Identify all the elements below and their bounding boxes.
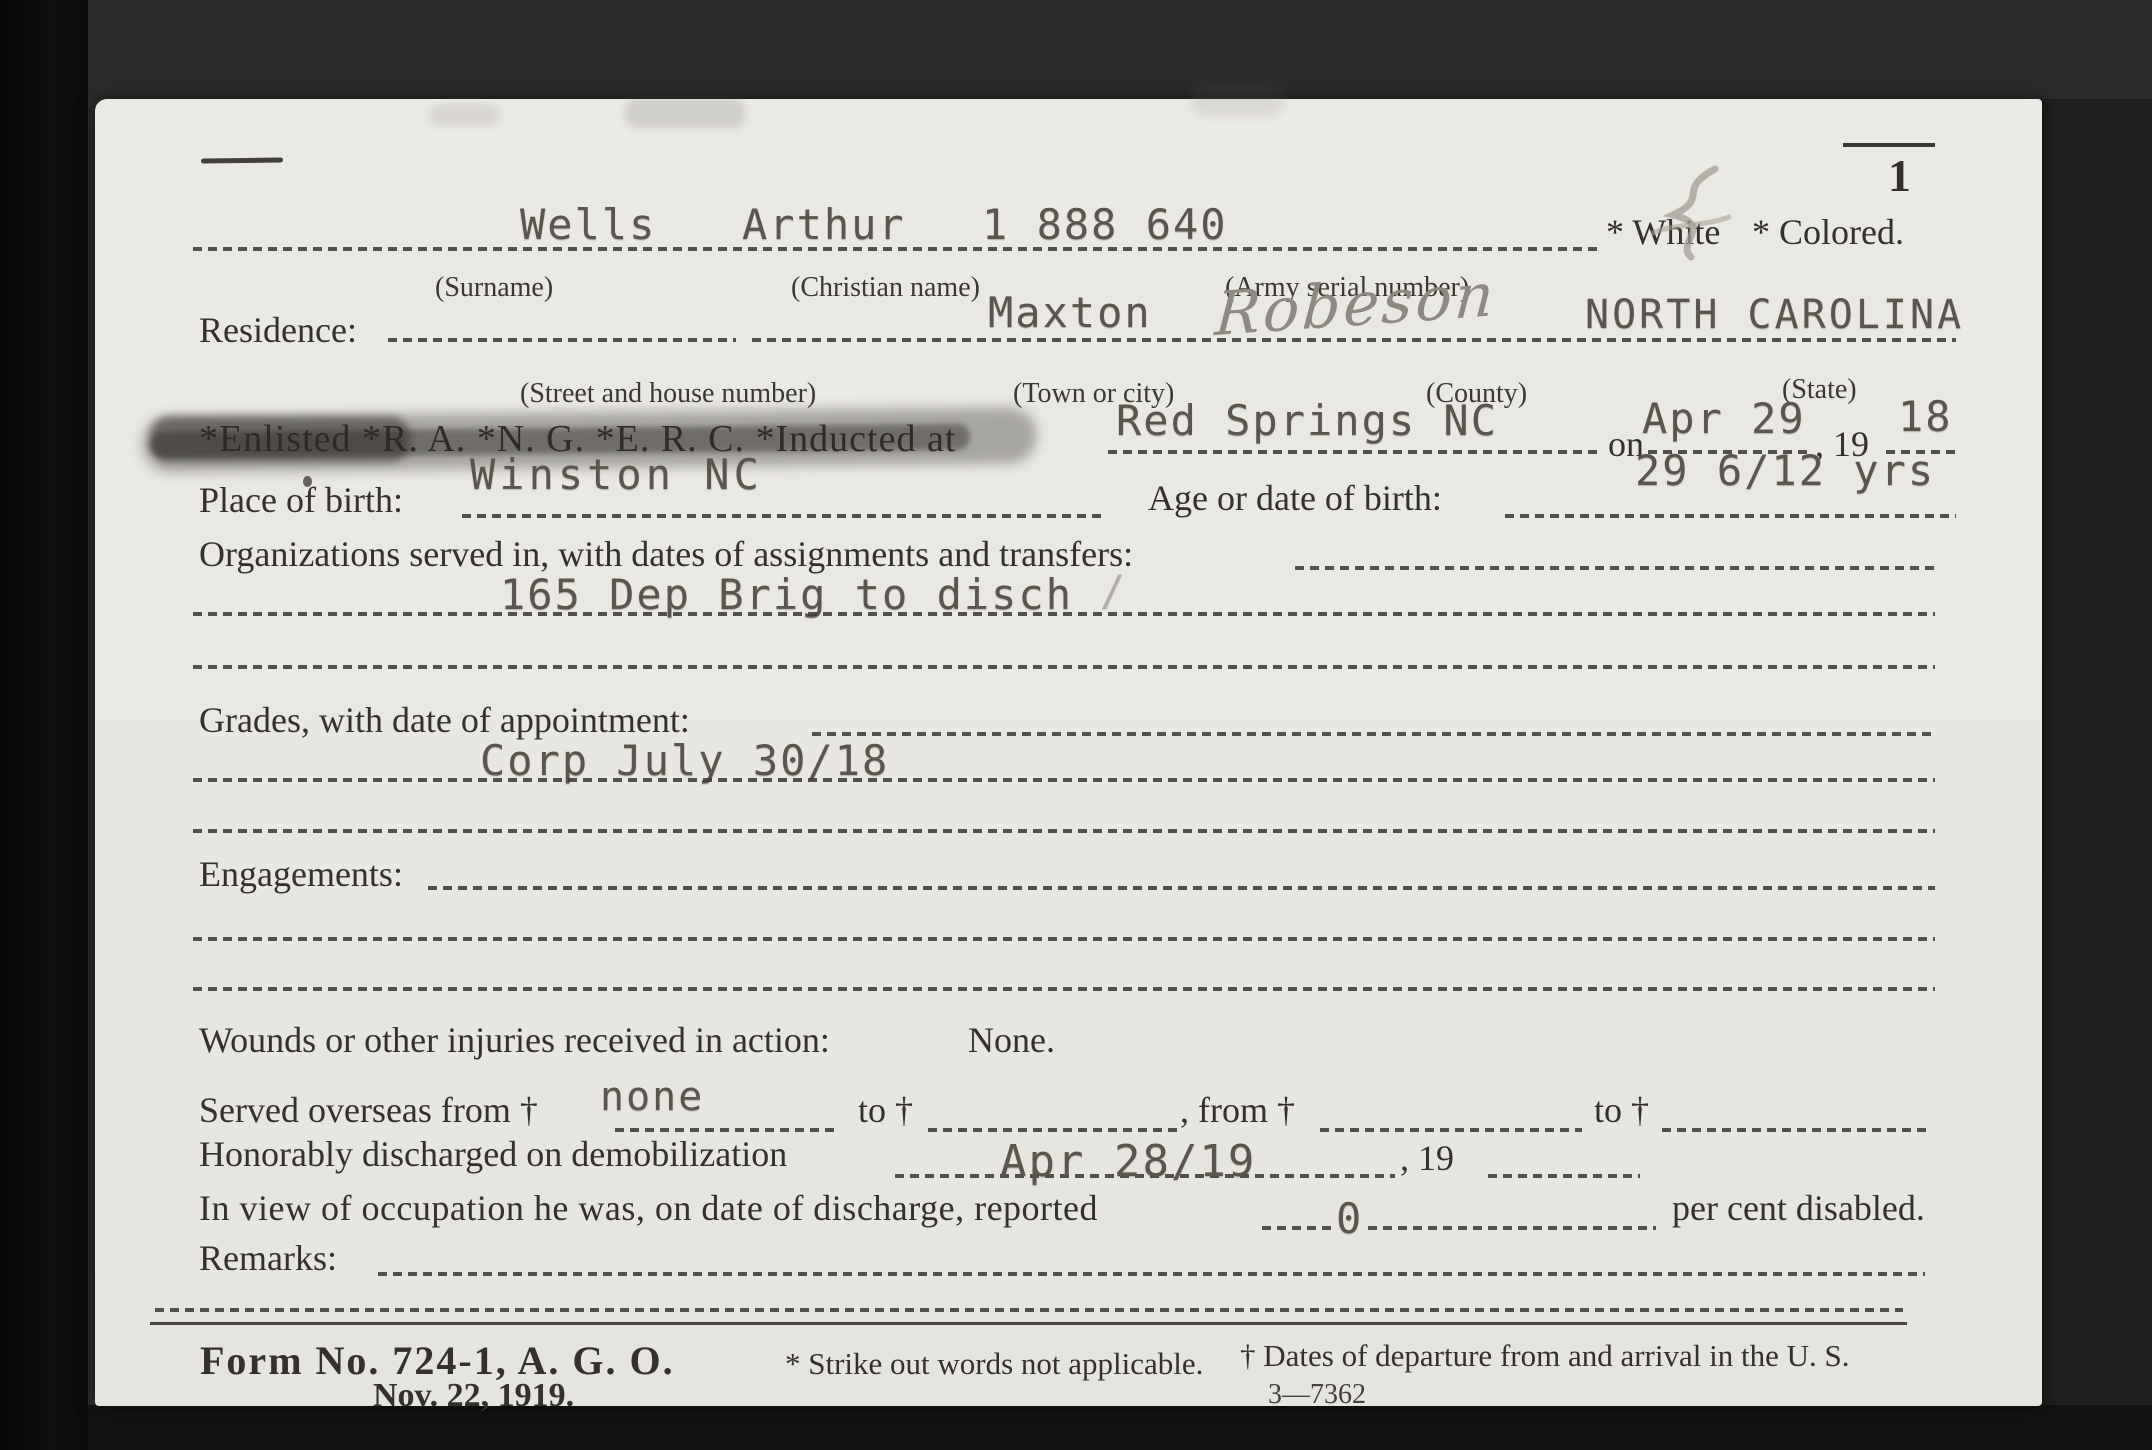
discharge-year-prefix: , 19 [1400, 1140, 1454, 1178]
grades-rule-2 [193, 829, 1935, 833]
race-option-colored: * Colored. [1752, 214, 1904, 252]
overseas-label: Served overseas from † [199, 1092, 538, 1130]
overseas-rule-4 [1662, 1128, 1932, 1132]
discharge-label: Honorably discharged on demobilization [199, 1136, 787, 1174]
overseas-to1-label: to † [858, 1092, 913, 1130]
discharge-date-value: Apr 28/19 [1000, 1136, 1256, 1187]
pencil-check-mark [1645, 163, 1737, 267]
organizations-stray-slash: / [1100, 566, 1127, 615]
grades-rule-1 [193, 778, 1935, 782]
place-of-birth-value: Winston NC [470, 450, 763, 499]
inducted-place-value: Red Springs NC [1116, 396, 1498, 445]
disability-percent-value: 0 [1336, 1194, 1363, 1243]
name-rule [193, 247, 1600, 251]
grades-label: Grades, with date of appointment: [199, 702, 690, 740]
remarks-rule [378, 1272, 1925, 1276]
remarks-label: Remarks: [199, 1240, 337, 1278]
footer-print-code: 3—7362 [1268, 1380, 1366, 1409]
age-value: 29 6/12 yrs [1635, 446, 1935, 495]
grades-rule-0 [812, 732, 1935, 736]
wounds-label: Wounds or other injuries received in act… [199, 1022, 830, 1060]
wounds-value: None. [968, 1022, 1055, 1060]
disability-rule-2 [1368, 1226, 1656, 1230]
scanned-page: 1 Wells Arthur 1 888 640 * White * Color… [0, 0, 2152, 1450]
age-label: Age or date of birth: [1148, 480, 1442, 518]
disability-rule-1 [1262, 1226, 1334, 1230]
residence-rule-b [752, 338, 1956, 342]
footer-form-number: Form No. 724-1, A. G. O. [200, 1340, 675, 1382]
engagements-label: Engagements: [199, 856, 403, 894]
overseas-to2-label: to † [1594, 1092, 1649, 1130]
street-label: (Street and house number) [520, 378, 816, 410]
footer-dagger-note: † Dates of departure from and arrival in… [1240, 1340, 1849, 1373]
organizations-rule-1 [193, 612, 1935, 616]
footer-strike-note: * Strike out words not applicable. [785, 1348, 1203, 1381]
organizations-label: Organizations served in, with dates of a… [199, 536, 1133, 574]
backdrop-right-band [2042, 99, 2152, 1450]
christian-name-label: (Christian name) [791, 272, 980, 304]
engagements-rule-2 [193, 987, 1935, 991]
overseas-rule-1 [615, 1128, 840, 1132]
smudge-top-3 [1190, 84, 1285, 116]
smudge-top-2 [625, 98, 745, 128]
disability-suffix: per cent disabled. [1672, 1190, 1925, 1228]
army-serial-value: 1 888 640 [982, 200, 1228, 249]
backdrop-top-band [88, 0, 2152, 99]
overseas-rule-2 [928, 1128, 1178, 1132]
page-number: 1 [1888, 152, 1911, 200]
residence-state-value: NORTH CAROLINA [1585, 292, 1964, 338]
organizations-rule-2 [193, 665, 1935, 669]
engagements-rule-0 [428, 886, 1935, 890]
place-of-birth-rule [462, 514, 1102, 518]
footer-solid-rule [150, 1322, 1907, 1325]
christian-name-value: Arthur [742, 200, 906, 249]
residence-rule-a [388, 338, 736, 342]
residence-label: Residence: [199, 312, 357, 350]
smudge-top-1 [430, 104, 500, 126]
backdrop-left-band [0, 0, 88, 1450]
surname-label: (Surname) [435, 272, 553, 304]
page-number-overline [1843, 143, 1935, 147]
organizations-rule-0 [1295, 566, 1935, 570]
disability-label: In view of occupation he was, on date of… [199, 1190, 1098, 1228]
footer-dashed-rule [155, 1308, 1903, 1312]
inducted-year-value: 18 [1898, 392, 1953, 441]
residence-town-value: Maxton [988, 288, 1152, 337]
place-of-birth-label: Place of birth: [199, 482, 403, 520]
strikeout-smudge-left [150, 416, 410, 462]
overseas-from2-label: , from † [1180, 1092, 1295, 1130]
inducted-date-value: Apr 29 [1642, 394, 1806, 443]
engagements-rule-1 [193, 937, 1935, 941]
discharge-rule-2 [1488, 1174, 1640, 1178]
overseas-rule-3 [1320, 1128, 1582, 1132]
age-rule [1505, 514, 1956, 518]
footer-form-date: Nov. 22, 1919. [373, 1378, 574, 1414]
inducted-place-rule [1108, 450, 1603, 454]
surname-value: Wells [520, 200, 656, 249]
overseas-from-value: none [600, 1074, 704, 1120]
